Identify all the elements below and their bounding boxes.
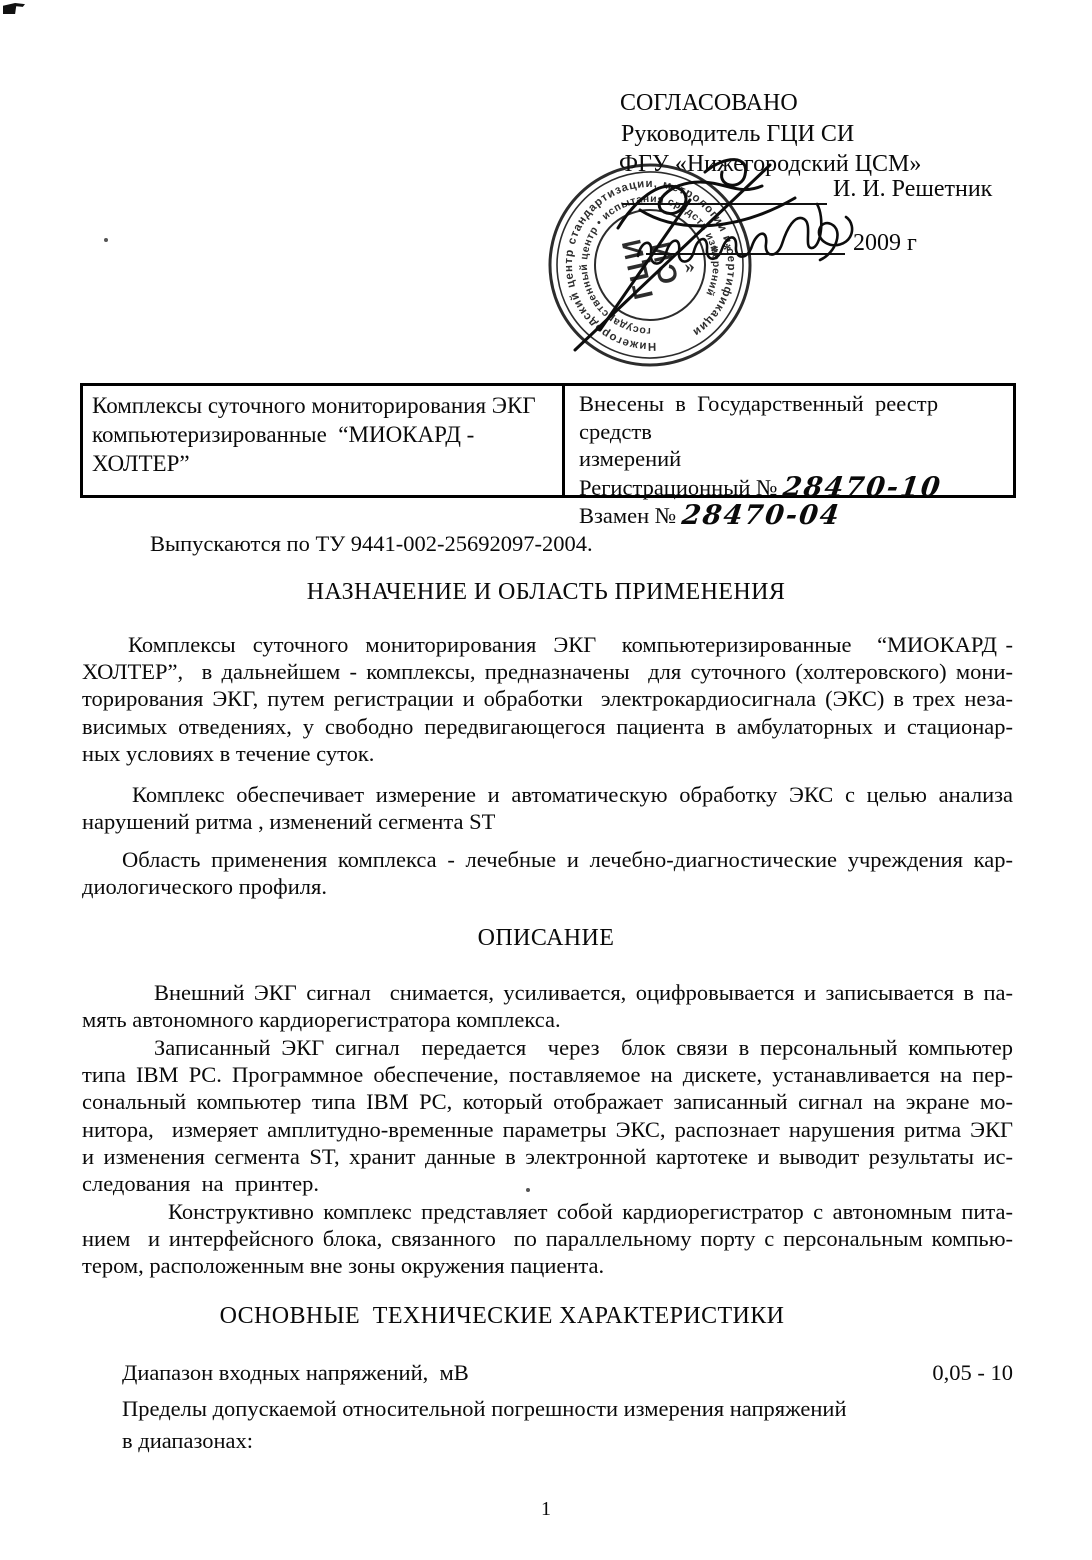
spec-label: Диапазон входных напряжений, мВ — [82, 1360, 469, 1386]
description-paragraph: Конструктивно комплекс представляет собо… — [82, 1198, 1013, 1280]
text-line: торирования ЭКГ, путем регистрации и обр… — [82, 685, 1013, 712]
text-line: Внесены в Государственный реестр средств — [579, 390, 1007, 445]
text-line: Область применения комплекса - лечебные … — [82, 846, 1013, 873]
text-line: типа IBM PC. Программное обеспечение, по… — [82, 1061, 1013, 1088]
registration-number-label: Регистрационный № — [579, 475, 783, 500]
section-heading-description: ОПИСАНИЕ — [0, 925, 1092, 952]
registration-number-row: Регистрационный № 28470-10 — [579, 473, 1007, 502]
spec-value: 0,05 - 10 — [932, 1360, 1013, 1386]
text-line: Комплекс обеспечивает измерение и автома… — [82, 781, 1013, 808]
replaces-number-row: Взамен № 28470-04 — [579, 501, 1007, 530]
text-line: мять автономного кардиорегистратора комп… — [82, 1006, 1013, 1033]
text-line: Записанный ЭКГ сигнал передается через б… — [82, 1034, 1013, 1061]
section-heading-specs: ОСНОВНЫЕ ТЕХНИЧЕСКИЕ ХАРАКТЕРИСТИКИ — [0, 1303, 1048, 1330]
text-line: висимых отведениях, у свободно передвига… — [82, 713, 1013, 740]
purpose-paragraph: Комплексы суточного мониторирования ЭКГ … — [82, 631, 1013, 767]
text-line: Конструктивно комплекс представляет собо… — [82, 1198, 1013, 1225]
scan-artifact-speck — [3, 3, 25, 14]
text-line: измерений — [579, 445, 1007, 473]
page-number: 1 — [0, 1498, 1092, 1521]
stamp-and-signatures: Нижегородский центр стандартизации, метр… — [500, 60, 1080, 390]
text-line: диологического профиля. — [82, 873, 1013, 900]
registry-table: Комплексы суточного мониторирования ЭКГк… — [80, 383, 1016, 498]
text-line: нарушений ритма , изменений сегмента ST — [82, 808, 1013, 835]
device-name-cell: Комплексы суточного мониторирования ЭКГк… — [83, 386, 565, 495]
replaces-number-label: Взамен № — [579, 503, 682, 528]
text-line: компьютеризированные “МИОКАРД - — [92, 420, 554, 449]
text-line: Комплексы суточного мониторирования ЭКГ … — [82, 631, 1013, 658]
text-line: нитора, измеряет амплитудно-временные па… — [82, 1116, 1013, 1143]
spec-line-error-limits: Пределы допускаемой относительной погреш… — [122, 1396, 847, 1422]
text-line: и изменения сегмента ST, хранит данные в… — [82, 1143, 1013, 1170]
tu-standard-line: Выпускаются по ТУ 9441-002-25692097-2004… — [150, 531, 593, 557]
replaces-number-value: 28470-04 — [680, 502, 842, 530]
purpose-paragraph: Область применения комплекса - лечебные … — [82, 846, 1013, 900]
scanned-document-page: СОГЛАСОВАНО Руководитель ГЦИ СИ ФГУ «Ниж… — [0, 0, 1092, 1560]
text-line: сональный компьютер типа IBM PC, который… — [82, 1088, 1013, 1115]
scan-artifact-dot — [104, 238, 108, 242]
text-line: ХОЛТЕР”, в дальнейшем - комплексы, предн… — [82, 658, 1013, 685]
spec-row-input-voltage: Диапазон входных напряжений, мВ 0,05 - 1… — [82, 1360, 1013, 1386]
registry-entry-text: Внесены в Государственный реестр средств… — [579, 390, 1007, 473]
purpose-paragraph: Комплекс обеспечивает измерение и автома… — [82, 781, 1013, 835]
text-line: нием и интерфейсного блока, связанного п… — [82, 1225, 1013, 1252]
description-paragraph: Записанный ЭКГ сигнал передается через б… — [82, 1034, 1013, 1197]
section-heading-purpose: НАЗНАЧЕНИЕ И ОБЛАСТЬ ПРИМЕНЕНИЯ — [0, 579, 1092, 606]
description-paragraph: Внешний ЭКГ сигнал снимается, усиливаетс… — [82, 979, 1013, 1033]
text-line: следования на принтер. — [82, 1170, 1013, 1197]
registry-entry-cell: Внесены в Государственный реестр средств… — [565, 386, 1013, 495]
registration-number-value: 28470-10 — [781, 474, 943, 502]
text-line: Комплексы суточного мониторирования ЭКГ — [92, 391, 554, 420]
text-line: ных условиях в течение суток. — [82, 740, 1013, 767]
spec-line-ranges: в диапазонах: — [122, 1428, 253, 1454]
text-line: Внешний ЭКГ сигнал снимается, усиливаетс… — [82, 979, 1013, 1006]
text-line: ХОЛТЕР” — [92, 449, 554, 478]
text-line: тером, расположенным вне зоны окружения … — [82, 1252, 1013, 1279]
